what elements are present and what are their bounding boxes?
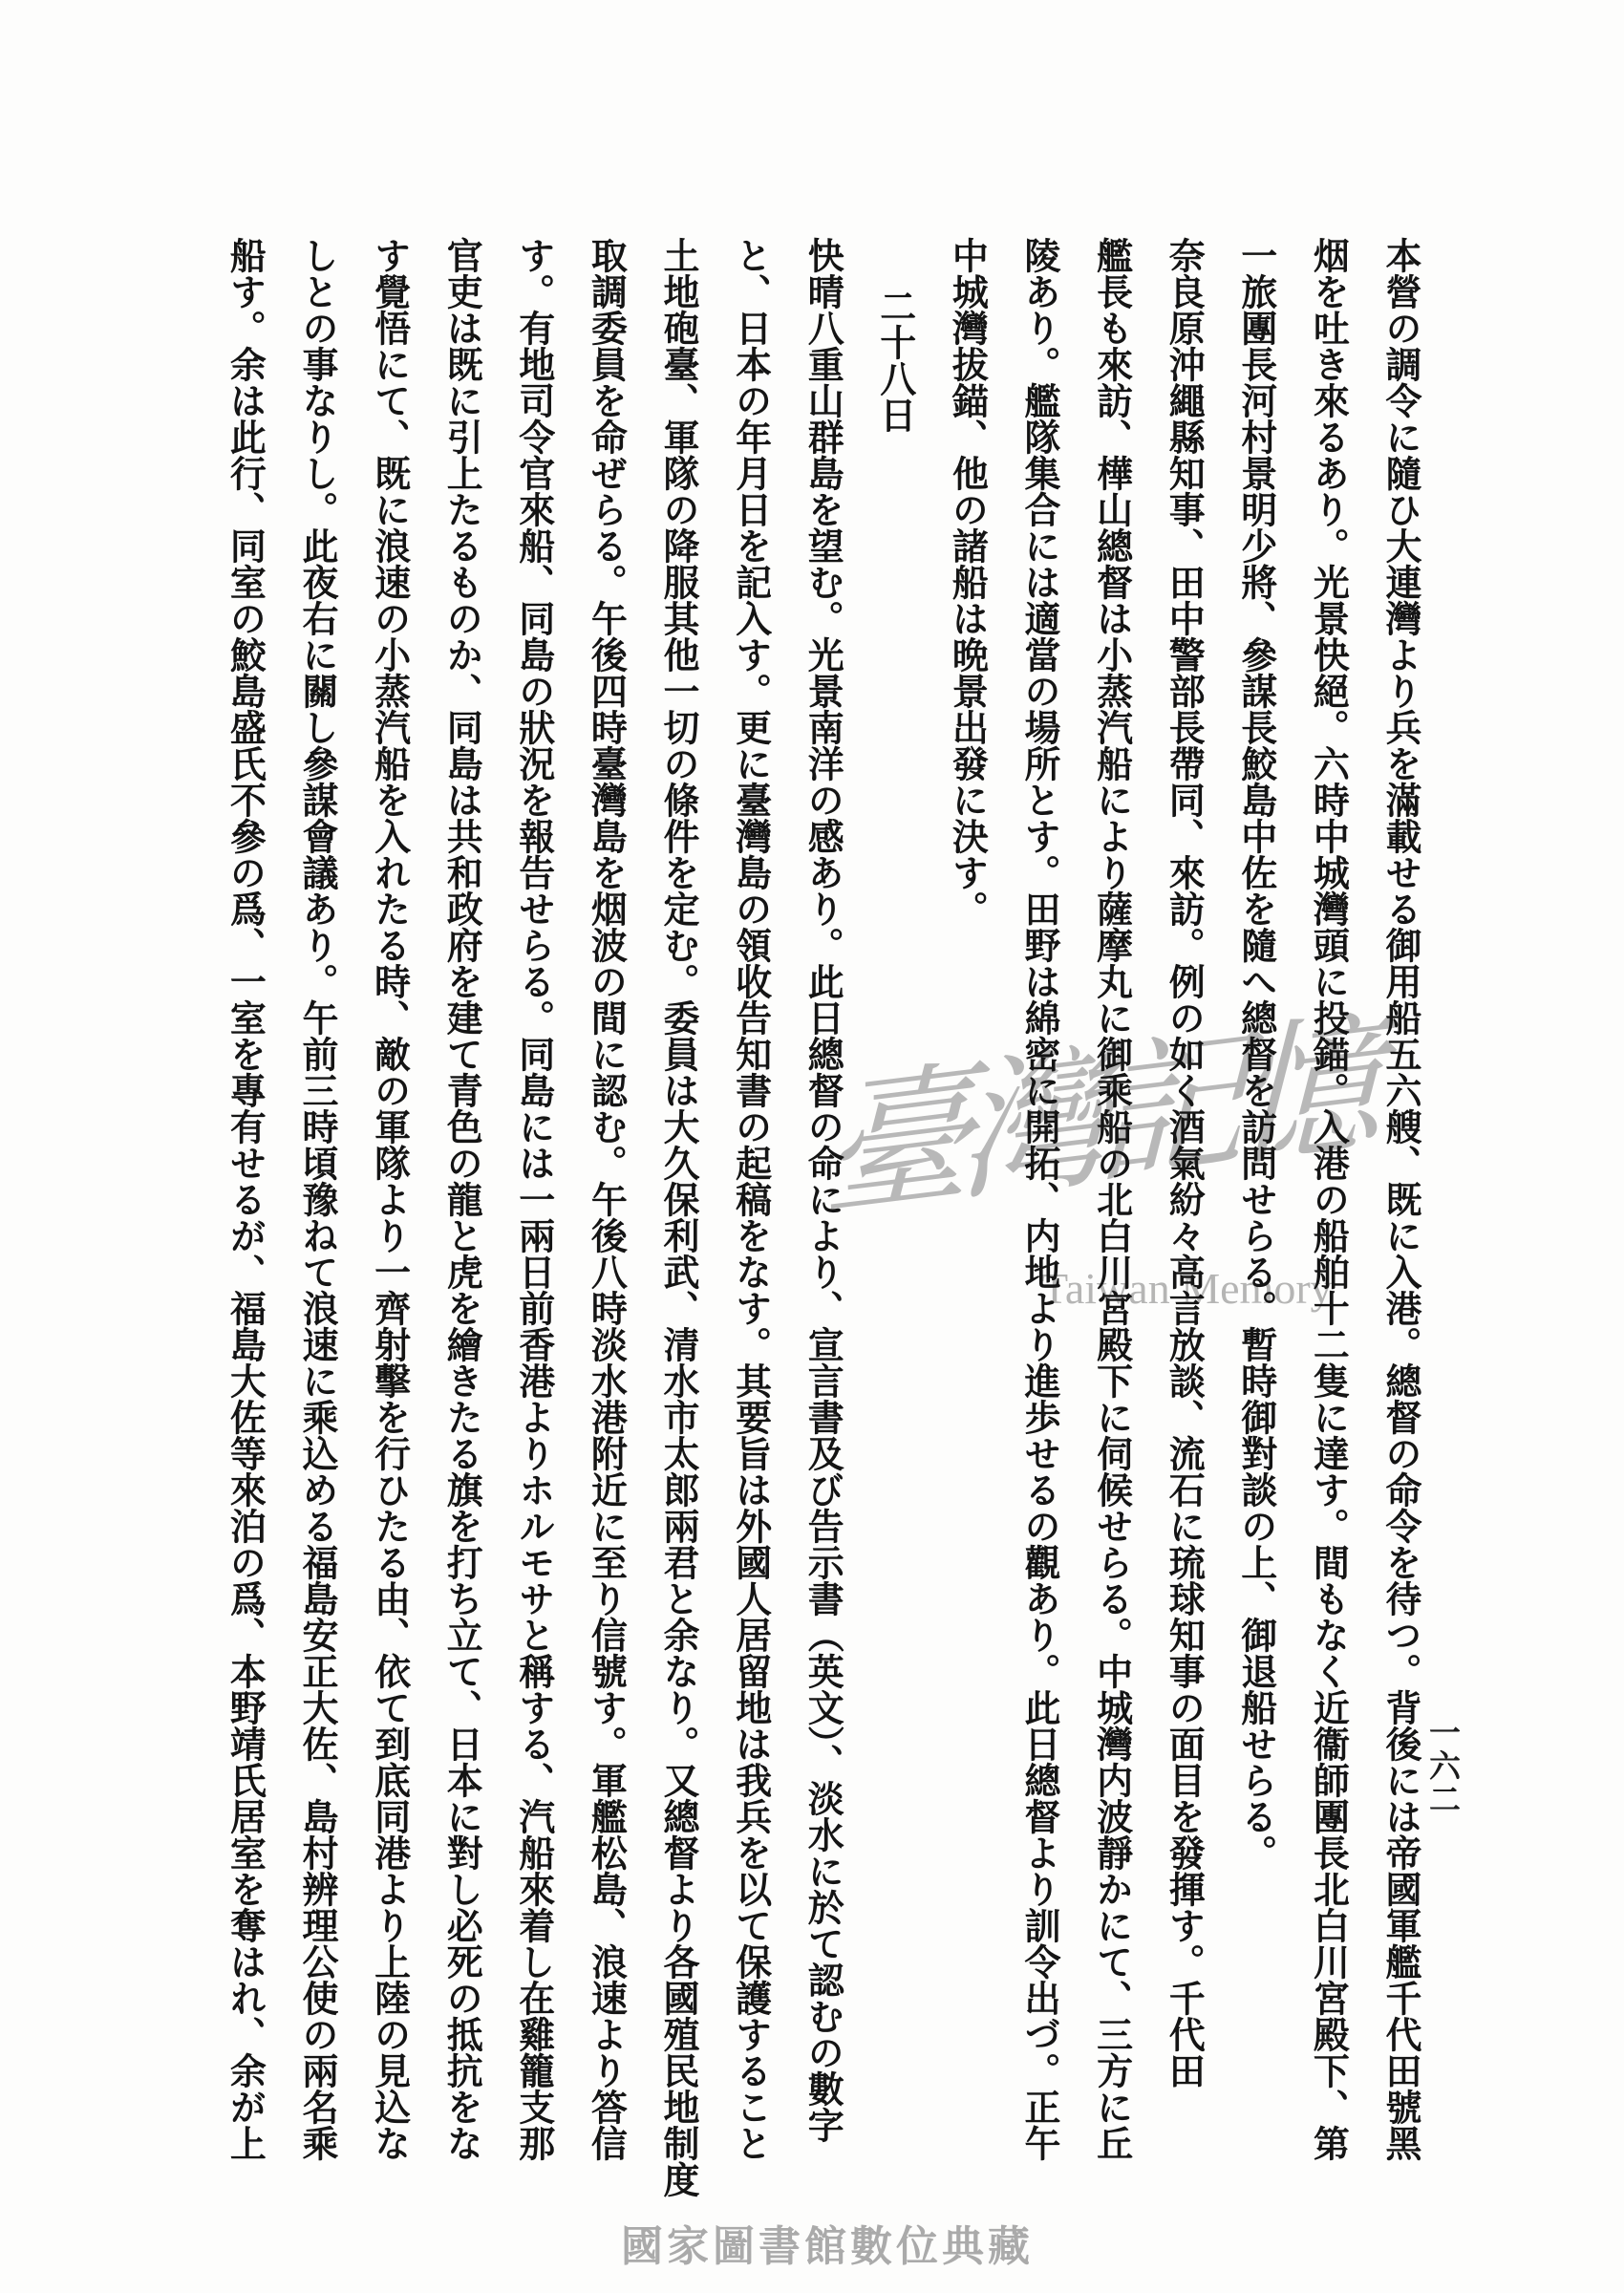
text-column: 船す。余は此行、同室の鮫島盛氏不參の爲、一室を專有せるが、福島大佐等來泊の爲、本… (206, 237, 262, 2161)
date-heading-column: 二十八日 (857, 288, 912, 433)
text-column: 中城灣拔錨、他の諸船は晩景出發に決す。 (929, 237, 984, 927)
text-column: 陵あり。艦隊集合には適當の場所とす。田野は綿密に開拓、内地より進歩せるの觀あり。… (1001, 237, 1057, 2161)
text-column: 一旅團長河村景明少將、參謀長鮫島中佐を隨へ總督を訪問せらる。暫時御對談の上、御退… (1218, 237, 1273, 1871)
text-column: す覺悟にて、既に浪速の小蒸汽船を入れたる時、敵の軍隊より一齊射擊を行ひたる由、依… (352, 237, 407, 2161)
text-column: 本營の調令に隨ひ大連灣より兵を滿載せる御用船五六艘、既に入港。總督の命令を待つ。… (1362, 237, 1418, 2161)
text-column: 取調委員を命ぜらる。午後四時臺灣島を烟波の間に認む。午後八時淡水港附近に至り信號… (567, 237, 623, 2161)
text-column: 官吏は既に引上たるものか、同島は共和政府を建て青色の龍と虎を繪きたる旗を打ち立て… (423, 237, 479, 2161)
text-column: と、日本の年月日を記入す。更に臺灣島の領收告知書の起稿をなす。其要旨は外國人居留… (713, 237, 768, 2161)
scanned-document-page: 臺灣記憶 Taiwan Memory 本營の調令に隨ひ大連灣より兵を滿載せる御用… (0, 0, 1624, 2293)
text-column: しとの事なりし。此夜右に關し參謀會議あり。午前三時頃豫ねて浪速に乘込める福島安正… (279, 237, 334, 2161)
text-column: す。有地司令官來船、同島の狀況を報告せらる。同島には一兩日前香港よりホルモサと稱… (496, 237, 551, 2161)
text-column: 烟を吐き來るあり。光景快絕。六時中城灣頭に投錨。入港の船舶十二隻に達す。間もなく… (1290, 237, 1345, 2161)
text-column: 快晴八重山群島を望む。光景南洋の感あり。此日總督の命により、宣言書及び告示書（英… (784, 237, 840, 2143)
text-column: 艦長も來訪、樺山總督は小蒸汽船により薩摩丸に御乘船の北白川宮殿下に伺候せらる。中… (1074, 237, 1129, 2161)
text-column: 奈良原沖繩縣知事、田中警部長帶同、來訪。例の如く酒氣紛々高言放談、流石に琉球知事… (1145, 237, 1201, 2089)
text-column: 土地砲臺、軍隊の降服其他一切の條件を定む。委員は大久保利武、清水市太郎兩君と余な… (640, 237, 695, 2197)
page-number: 一六二 (1425, 1716, 1457, 1816)
library-digital-archive-watermark: 國家圖書館數位典藏 (621, 2224, 1041, 2270)
